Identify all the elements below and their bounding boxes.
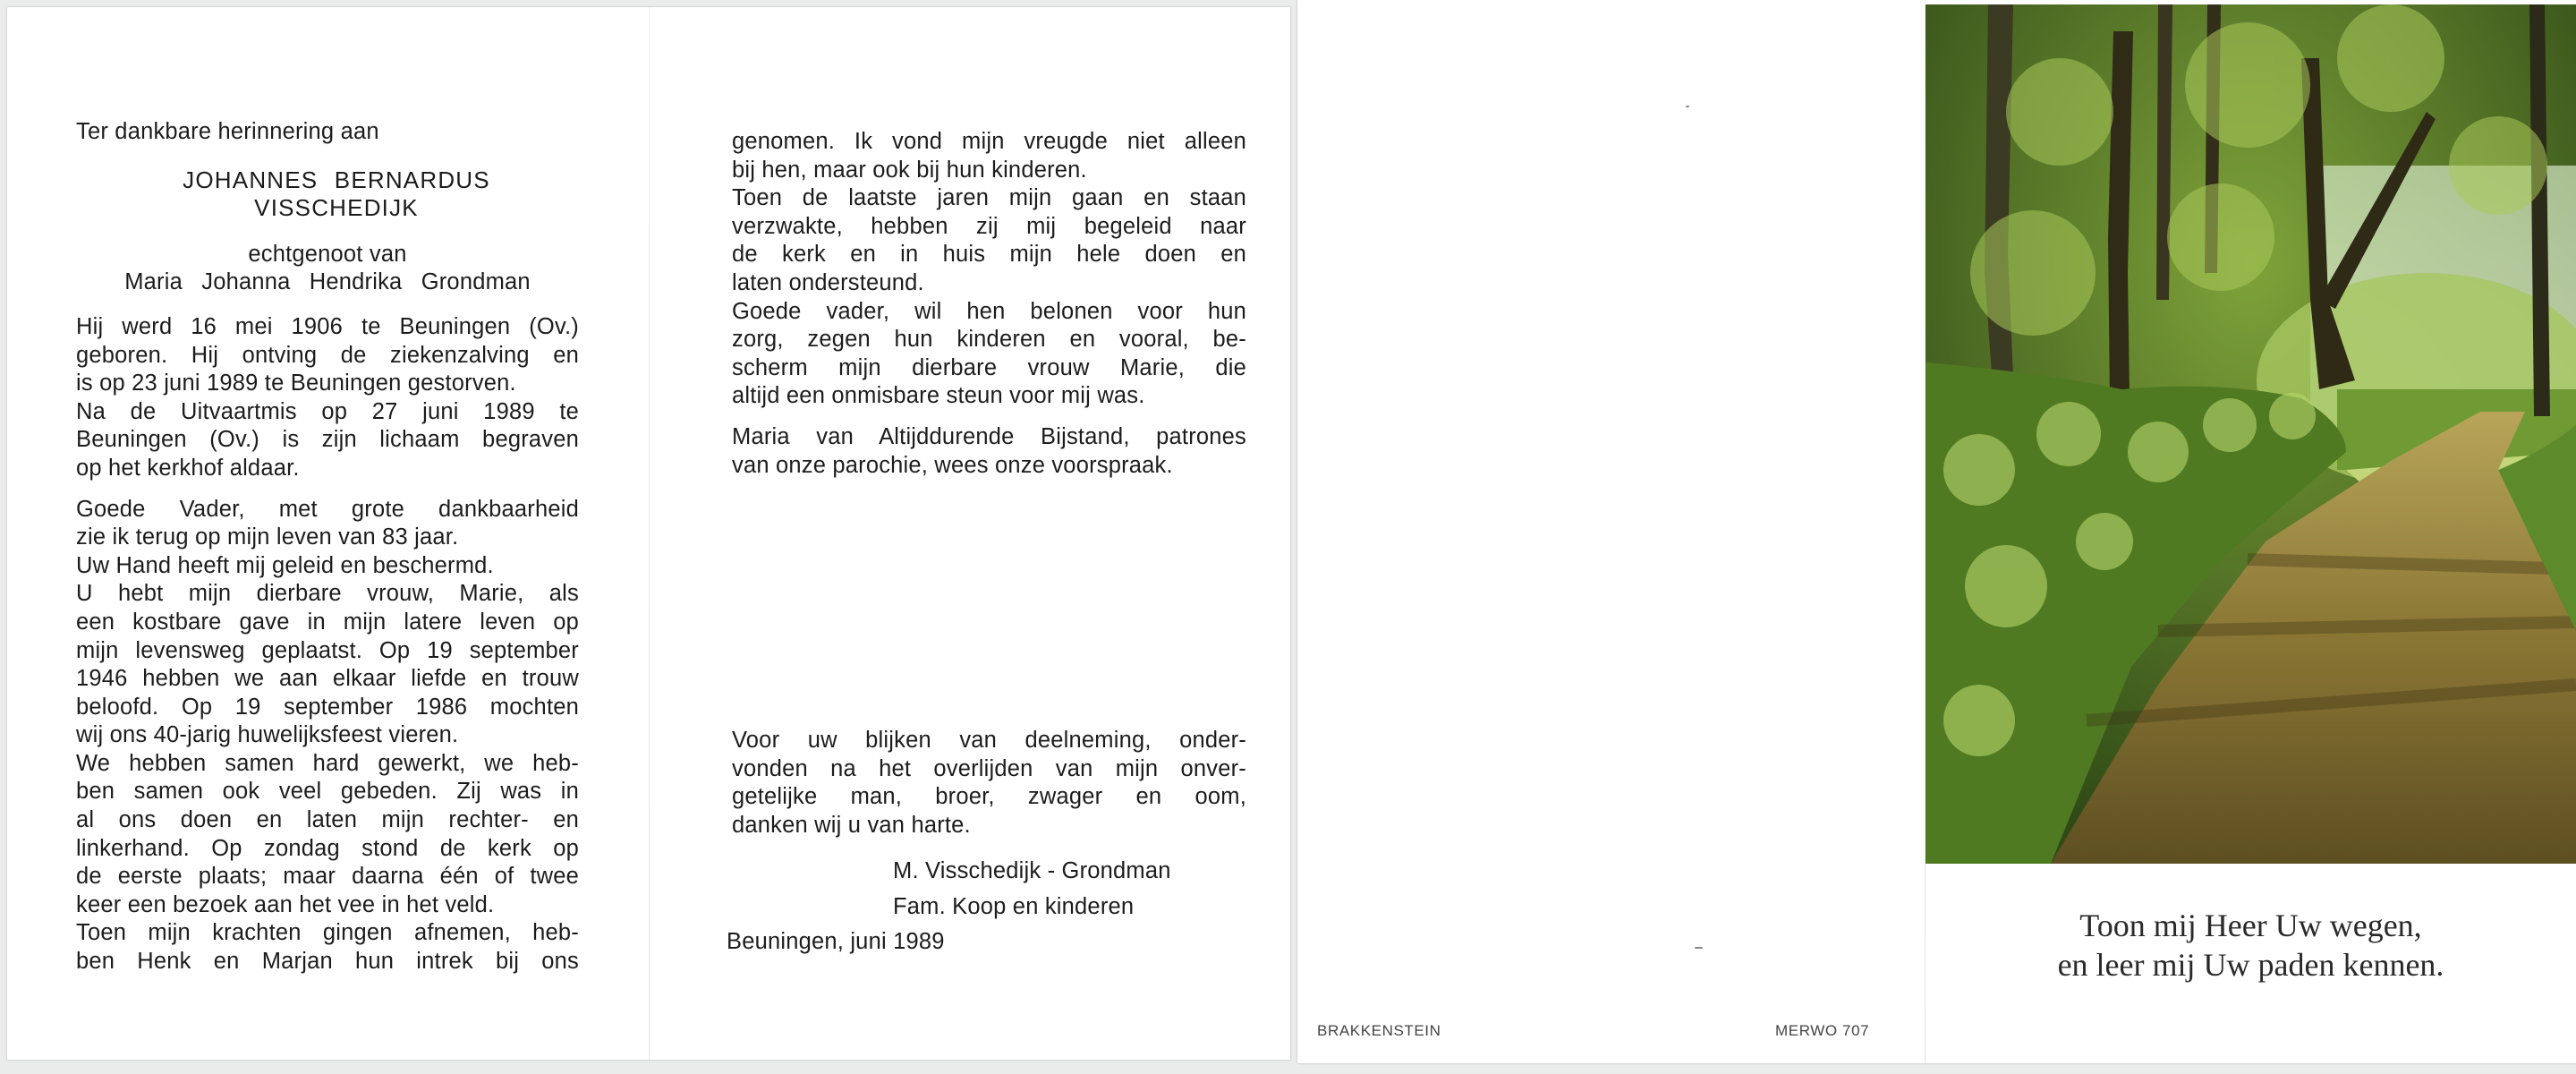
relation-label: echtgenoot van xyxy=(76,241,579,269)
text-line: linkerhand. Op zondag stond de kerk op xyxy=(76,835,579,864)
text-line: 1946 hebben we aan elkaar liefde en trou… xyxy=(76,665,579,694)
card-outside-spread: BRAKKENSTEIN MERWO 707 xyxy=(1297,0,2576,1063)
text-line: Na de Uitvaartmis op 27 juni 1989 te xyxy=(76,398,579,427)
text-line: scherm mijn dierbare vrouw Marie, die xyxy=(732,354,1246,383)
text-line: laten ondersteund. xyxy=(732,269,1246,298)
text-line: U hebt mijn dierbare vrouw, Marie, als xyxy=(76,580,579,609)
text-line: vonden na het overlijden van mijn onver- xyxy=(732,755,1246,784)
product-code: MERWO 707 xyxy=(1775,1022,1869,1040)
text-line: altijd een onmisbare steun voor mij was. xyxy=(732,382,1246,411)
signatories: M. Visschedijk - Grondman Fam. Koop en k… xyxy=(732,853,1246,925)
verse-text: Toon mij Heer Uw wegen, en leer mij Uw p… xyxy=(1926,906,2576,984)
text-line: danken wij u van harte. xyxy=(732,812,1246,840)
text-line: Goede vader, wil hen belonen voor hun xyxy=(732,298,1246,327)
text-line: zorg, zegen hun kinderen en vooral, be- xyxy=(732,326,1246,354)
text-line: genomen. Ik vond mijn vreugde niet allee… xyxy=(732,128,1246,157)
text-line: Toen de laatste jaren mijn gaan en staan xyxy=(732,184,1246,213)
text-line: Voor uw blijken van deelneming, onder- xyxy=(732,727,1246,755)
text-line: Maria van Altijddurende Bijstand, patron… xyxy=(732,423,1246,452)
text-line: bij hen, maar ook bij hun kinderen. xyxy=(732,157,1246,185)
place-date: Beuningen, juni 1989 xyxy=(727,928,1246,957)
continuation-paragraph: genomen. Ik vond mijn vreugde niet allee… xyxy=(732,128,1246,411)
thanks-paragraph: Voor uw blijken van deelneming, onder-vo… xyxy=(732,727,1246,840)
prayer-paragraph: Maria van Altijddurende Bijstand, patron… xyxy=(732,423,1246,480)
text-line: zie ik terug op mijn leven van 83 jaar. xyxy=(76,524,579,552)
text-line: wij ons 40-jarig huwelijksfeest vieren. xyxy=(76,721,579,750)
intro-line: Ter dankbare herinnering aan xyxy=(76,118,579,147)
verse-line-2: en leer mij Uw paden kennen. xyxy=(1926,945,2576,984)
text-line: de eerste plaats; maar daarna één of twe… xyxy=(76,863,579,891)
text-line: ben Henk en Marjan hun intrek bij ons xyxy=(76,948,579,976)
text-line: mijn levensweg geplaatst. Op 19 septembe… xyxy=(76,637,579,666)
card-inside-spread: Ter dankbare herinnering aan JOHANNES BE… xyxy=(7,7,1290,1060)
back-panel: BRAKKENSTEIN MERWO 707 xyxy=(1297,0,1924,1063)
text-line: al ons doen en laten mijn rechter- en xyxy=(76,806,579,835)
text-line: een kostbare gave in mijn latere leven o… xyxy=(76,609,579,637)
text-line: verzwakte, hebben zij mij begeleid naar xyxy=(732,213,1246,242)
text-line: de kerk en in huis mijn hele doen en xyxy=(732,241,1246,269)
paper-speck xyxy=(1686,106,1689,107)
signatory-2: Fam. Koop en kinderen xyxy=(893,889,1246,925)
text-line: getelijke man, broer, zwager en oom, xyxy=(732,783,1246,812)
biography-paragraph: Hij werd 16 mei 1906 te Beuningen (Ov.)g… xyxy=(76,313,579,483)
reflection-paragraph: Goede Vader, met grote dankbaarheidzie i… xyxy=(76,496,579,976)
verse-line-1: Toon mij Heer Uw wegen, xyxy=(1926,906,2576,945)
text-line: Hij werd 16 mei 1906 te Beuningen (Ov.) xyxy=(76,313,579,342)
left-text-column: Ter dankbare herinnering aan JOHANNES BE… xyxy=(76,118,579,976)
front-panel: Toon mij Heer Uw wegen, en leer mij Uw p… xyxy=(1926,0,2576,1063)
landscape-photo xyxy=(1926,4,2576,864)
text-line: van onze parochie, wees onze voorspraak. xyxy=(732,452,1246,481)
publisher-label: BRAKKENSTEIN xyxy=(1317,1022,1441,1040)
text-line: Uw Hand heeft mij geleid en beschermd. xyxy=(76,552,579,581)
text-line: keer een bezoek aan het vee in het veld. xyxy=(76,891,579,920)
signatory-1: M. Visschedijk - Grondman xyxy=(893,853,1246,889)
text-line: beloofd. Op 19 september 1986 mochten xyxy=(76,694,579,722)
text-line: geboren. Hij ontving de ziekenzalving en xyxy=(76,342,579,371)
text-line: Beuningen (Ov.) is zijn lichaam begraven xyxy=(76,426,579,455)
deceased-name: JOHANNES BERNARDUS VISSCHEDIJK xyxy=(76,166,579,223)
text-line: Goede Vader, met grote dankbaarheid xyxy=(76,496,579,524)
text-line: We hebben samen hard gewerkt, we heb- xyxy=(76,750,579,779)
text-line: is op 23 juni 1989 te Beuningen gestorve… xyxy=(76,370,579,398)
text-line: ben samen ook veel gebeden. Zij was in xyxy=(76,778,579,806)
right-text-column: genomen. Ik vond mijn vreugde niet allee… xyxy=(732,128,1246,956)
paper-speck xyxy=(1695,947,1703,949)
spouse-name: Maria Johanna Hendrika Grondman xyxy=(76,268,579,297)
text-line: Toen mijn krachten gingen afnemen, heb- xyxy=(76,919,579,948)
text-line: op het kerkhof aldaar. xyxy=(76,455,579,483)
fold-line xyxy=(649,7,650,1060)
